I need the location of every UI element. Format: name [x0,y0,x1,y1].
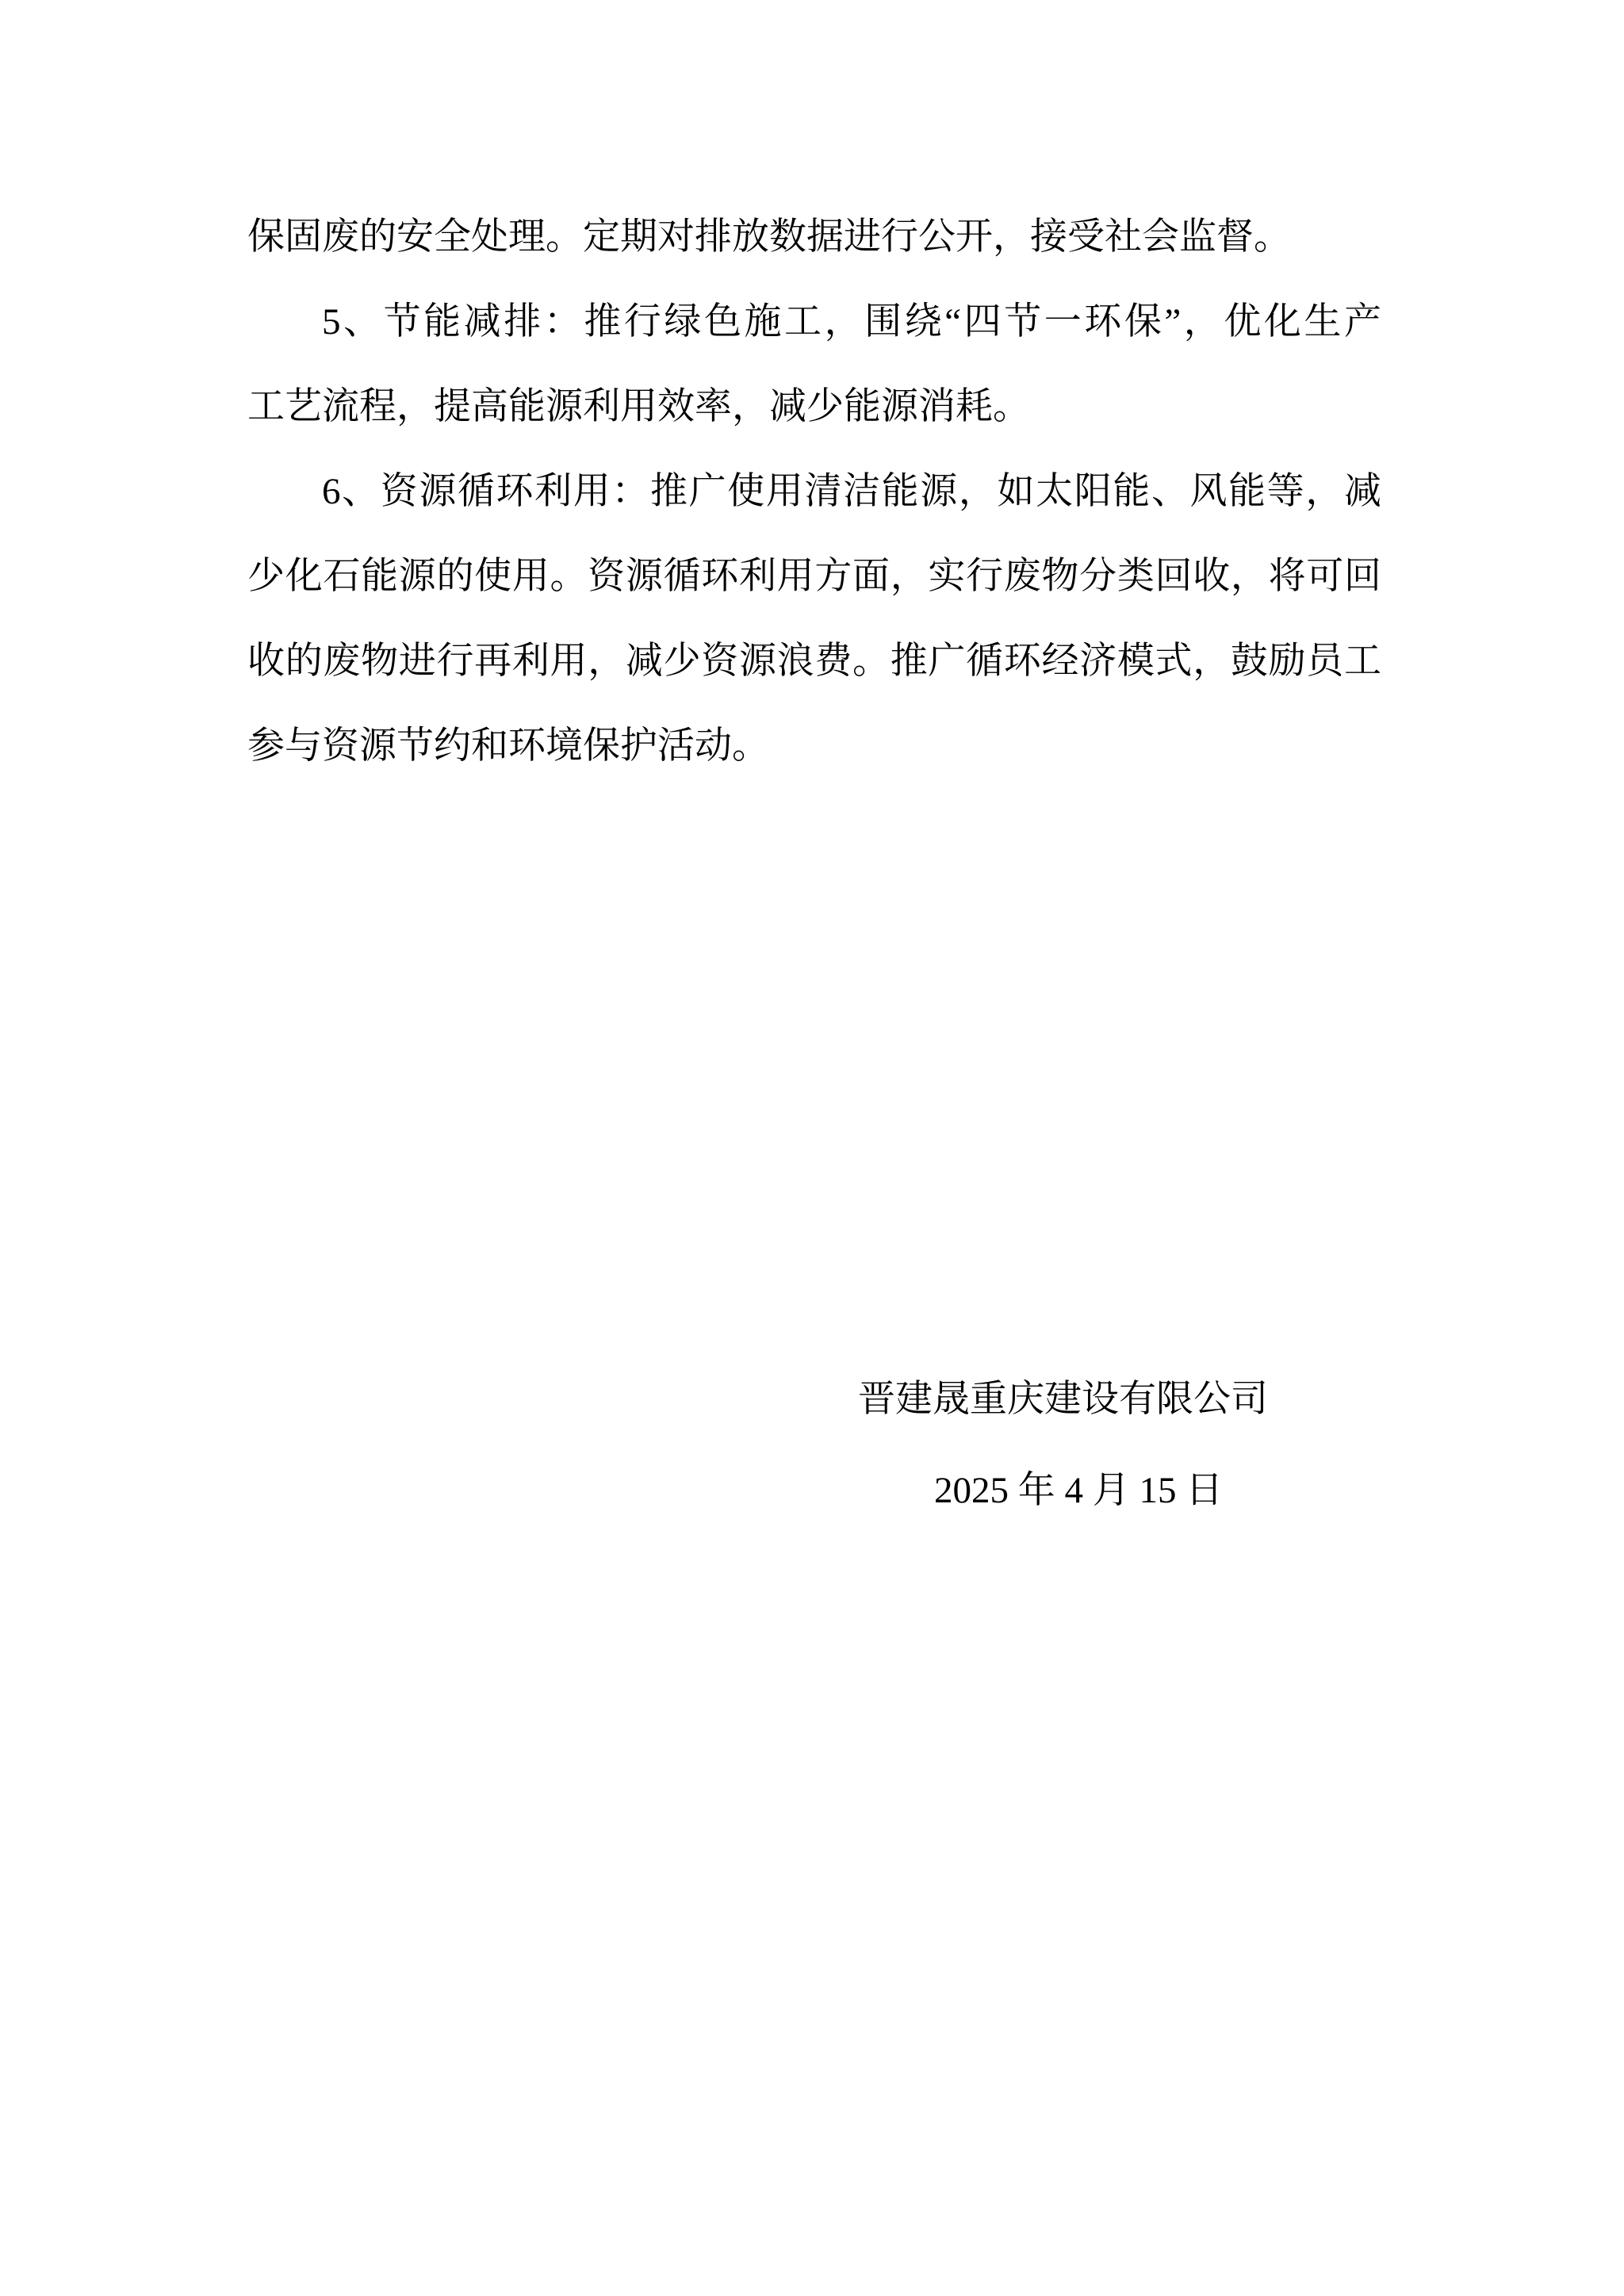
body-text-block: 保固废的安全处理。定期对排放数据进行公开，接受社会监督。 5、节能减排：推行绿色… [247,195,1381,789]
body-line: 工艺流程，提高能源利用效率，减少能源消耗。 [247,365,1381,450]
body-line-item-5: 5、节能减排：推行绿色施工，围绕“四节一环保”，优化生产 [247,280,1381,365]
signature-company: 晋建晟重庆建设有限公司 [858,1357,1268,1442]
body-line: 参与资源节约和环境保护活动。 [247,704,1381,789]
document-page: 保固废的安全处理。定期对排放数据进行公开，接受社会监督。 5、节能减排：推行绿色… [0,0,1624,2296]
body-line: 少化石能源的使用。资源循环利用方面，实行废物分类回收，将可回 [247,534,1381,619]
signature-date: 2025 年 4 月 15 日 [934,1448,1223,1533]
body-line: 收的废物进行再利用，减少资源浪费。推广循环经济模式，鼓励员工 [247,619,1381,704]
body-line: 保固废的安全处理。定期对排放数据进行公开，接受社会监督。 [247,195,1381,280]
body-line-item-6: 6、资源循环利用：推广使用清洁能源，如太阳能、风能等，减 [247,450,1381,534]
